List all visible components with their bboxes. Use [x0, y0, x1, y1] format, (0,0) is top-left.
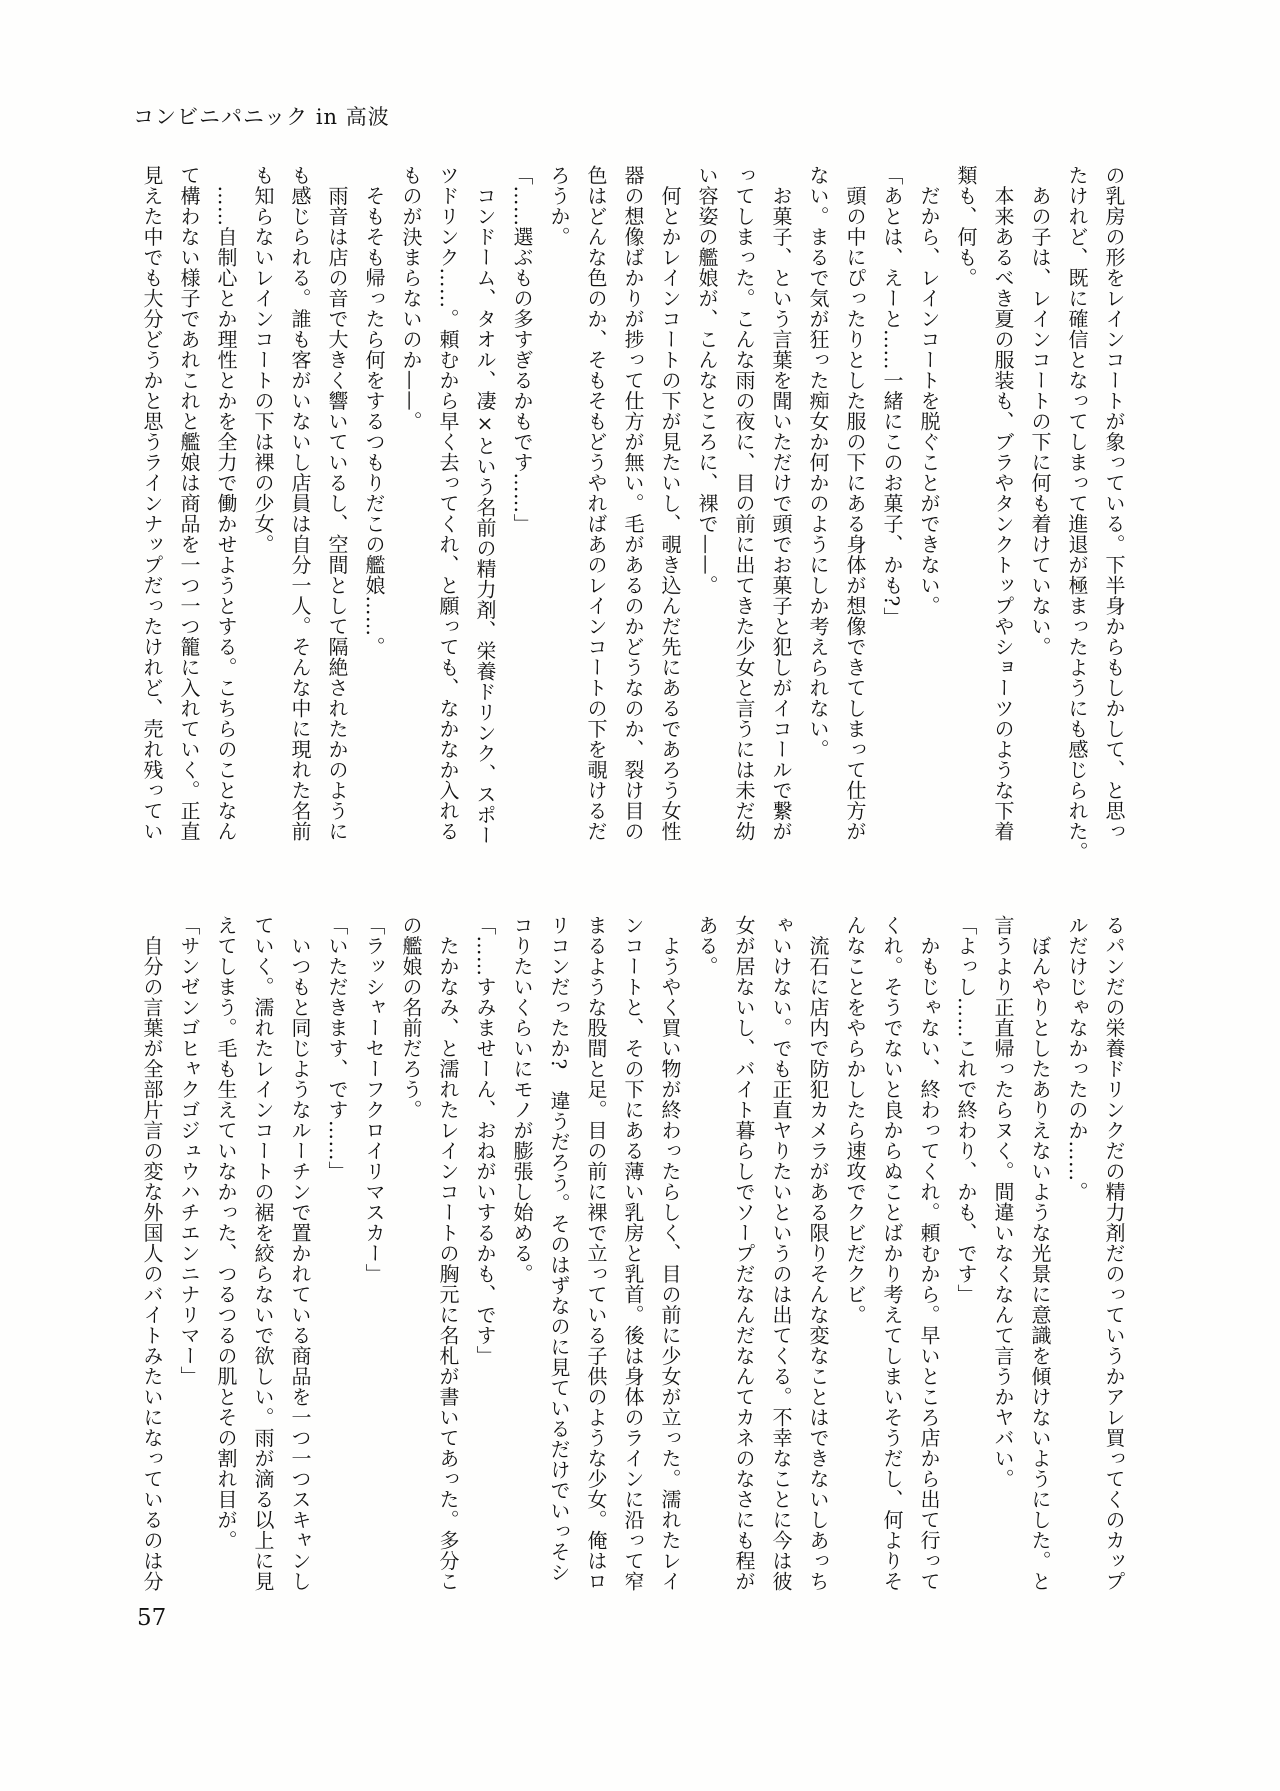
- text-column: ってしまった。こんな雨の夜に、目の前に出てきた少女と言うには未だ幼: [725, 165, 762, 847]
- text-column: るパンだの栄養ドリンクだの精力剤だのっていうかアレ買ってくのカップ: [1095, 915, 1132, 1597]
- text-column: ルだけじゃなかったのか……。: [1058, 915, 1095, 1597]
- text-column: 類も、何も。: [947, 165, 984, 847]
- text-column: そもそも帰ったら何をするつもりだこの艦娘……。: [355, 165, 392, 847]
- text-column: ぼんやりとしたありえないような光景に意識を傾けないようにした。と: [1021, 915, 1058, 1597]
- text-column: ていく。濡れたレインコートの裾を絞らないで欲しい。雨が滴る以上に見: [244, 915, 281, 1597]
- text-column: 頭の中にぴったりとした服の下にある身体が想像できてしまって仕方が: [836, 165, 873, 847]
- text-column: 言うより正直帰ったらヌく。間違いなくなんて言うかヤバい。: [984, 915, 1021, 1597]
- text-column: 流石に店内で防犯カメラがある限りそんな変なことはできないしあっち: [799, 915, 836, 1597]
- page-number: 57: [137, 1605, 166, 1631]
- text-column: お菓子、という言葉を聞いただけで頭でお菓子と犯しがイコールで繋が: [762, 165, 799, 847]
- text-column: ろうか。: [540, 165, 577, 847]
- text-column: たかなみ、と濡れたレインコートの胸元に名札が書いてあった。多分こ: [429, 915, 466, 1597]
- text-column: コンドーム、タオル、凄×という名前の精力剤、栄養ドリンク、スポー: [466, 165, 503, 847]
- text-column: の艦娘の名前だろう。: [392, 915, 429, 1597]
- text-column: あの子は、レインコートの下に何も着けていない。: [1021, 165, 1058, 847]
- text-column: くれ。そうでないと良からぬことばかり考えてしまいそうだし、何よりそ: [873, 915, 910, 1597]
- upper-text-block: の乳房の形をレインコートが象っている。下半身からもしかして、と思ったけれど、既に…: [133, 165, 1132, 847]
- text-column: 女が居ないし、バイト暮らしでソープだなんだなんてカネのなさにも程が: [725, 915, 762, 1597]
- text-column: ない。まるで気が狂った痴女か何かのようにしか考えられない。: [799, 165, 836, 847]
- text-column: 「……すみませーん、おねがいするかも、です」: [466, 915, 503, 1597]
- text-column: 本来あるべき夏の服装も、ブラやタンクトップやショーツのような下着: [984, 165, 1021, 847]
- text-column: 雨音は店の音で大きく響いているし、空間として隔絶されたかのように: [318, 165, 355, 847]
- text-column: て構わない様子であれこれと艦娘は商品を一つ一つ籠に入れていく。正直: [170, 165, 207, 847]
- text-column: 「ラッシャーセーフクロイリマスカー」: [355, 915, 392, 1597]
- text-column: 自分の言葉が全部片言の変な外国人のバイトみたいになっているのは分: [133, 915, 170, 1597]
- text-column: も知らないレインコートの下は裸の少女。: [244, 165, 281, 847]
- text-column: いつもと同じようなルーチンで置かれている商品を一つ一つスキャンし: [281, 915, 318, 1597]
- text-column: ンコートと、その下にある薄い乳房と乳首。後は身体のラインに沿って窄: [614, 915, 651, 1597]
- text-column: コりたいくらいにモノが膨張し始める。: [503, 915, 540, 1597]
- page-header-title: コンビニパニック in 高波: [133, 101, 390, 131]
- text-column: ものが決まらないのか——。: [392, 165, 429, 847]
- lower-text-block: るパンだの栄養ドリンクだの精力剤だのっていうかアレ買ってくのカップルだけじゃなか…: [133, 915, 1132, 1597]
- text-column: だから、レインコートを脱ぐことができない。: [910, 165, 947, 847]
- text-column: ようやく買い物が終わったらしく、目の前に少女が立った。濡れたレイ: [651, 915, 688, 1597]
- text-column: 「よっし……これで終わり、かも、です」: [947, 915, 984, 1597]
- text-column: えてしまう。毛も生えていなかった、つるつるの肌とその割れ目が。: [207, 915, 244, 1597]
- novel-page: コンビニパニック in 高波 の乳房の形をレインコートが象っている。下半身からも…: [0, 0, 1280, 1791]
- text-column: も感じられる。誰も客がいないし店員は自分一人。そんな中に現れた名前: [281, 165, 318, 847]
- text-column: 見えた中でも大分どうかと思うラインナップだったけれど、売れ残ってい: [133, 165, 170, 847]
- text-column: 色はどんな色のか、そもそもどうやればあのレインコートの下を覗けるだ: [577, 165, 614, 847]
- text-column: 器の想像ばかりが捗って仕方が無い。毛があるのかどうなのか、裂け目の: [614, 165, 651, 847]
- text-column: ある。: [688, 915, 725, 1597]
- text-column: リコンだったか? 違うだろう。そのはずなのに見ているだけでいっそシ: [540, 915, 577, 1597]
- text-column: 「あとは、えーと……一緒にこのお菓子、かも?」: [873, 165, 910, 847]
- text-column: まるような股間と足。目の前に裸で立っている子供のような少女。俺はロ: [577, 915, 614, 1597]
- text-column: ……自制心とか理性とかを全力で働かせようとする。こちらのことなん: [207, 165, 244, 847]
- text-column: かもじゃない、終わってくれ。頼むから。早いところ店から出て行って: [910, 915, 947, 1597]
- text-column: 「……選ぶもの多すぎるかもです……」: [503, 165, 540, 847]
- text-column: たけれど、既に確信となってしまって進退が極まったようにも感じられた。: [1058, 165, 1095, 847]
- text-column: ツドリンク……。頼むから早く去ってくれ、と願っても、なかなか入れる: [429, 165, 466, 847]
- text-column: んなことをやらかしたら速攻でクビだクビ。: [836, 915, 873, 1597]
- text-column: 「サンゼンゴヒャクゴジュウハチエンニナリマー」: [170, 915, 207, 1597]
- text-column: 何とかレインコートの下が見たいし、覗き込んだ先にあるであろう女性: [651, 165, 688, 847]
- text-column: の乳房の形をレインコートが象っている。下半身からもしかして、と思っ: [1095, 165, 1132, 847]
- text-column: ゃいけない。でも正直ヤりたいというのは出てくる。不幸なことに今は彼: [762, 915, 799, 1597]
- text-column: い容姿の艦娘が、こんなところに、裸で——。: [688, 165, 725, 847]
- text-column: 「いただきます、です……」: [318, 915, 355, 1597]
